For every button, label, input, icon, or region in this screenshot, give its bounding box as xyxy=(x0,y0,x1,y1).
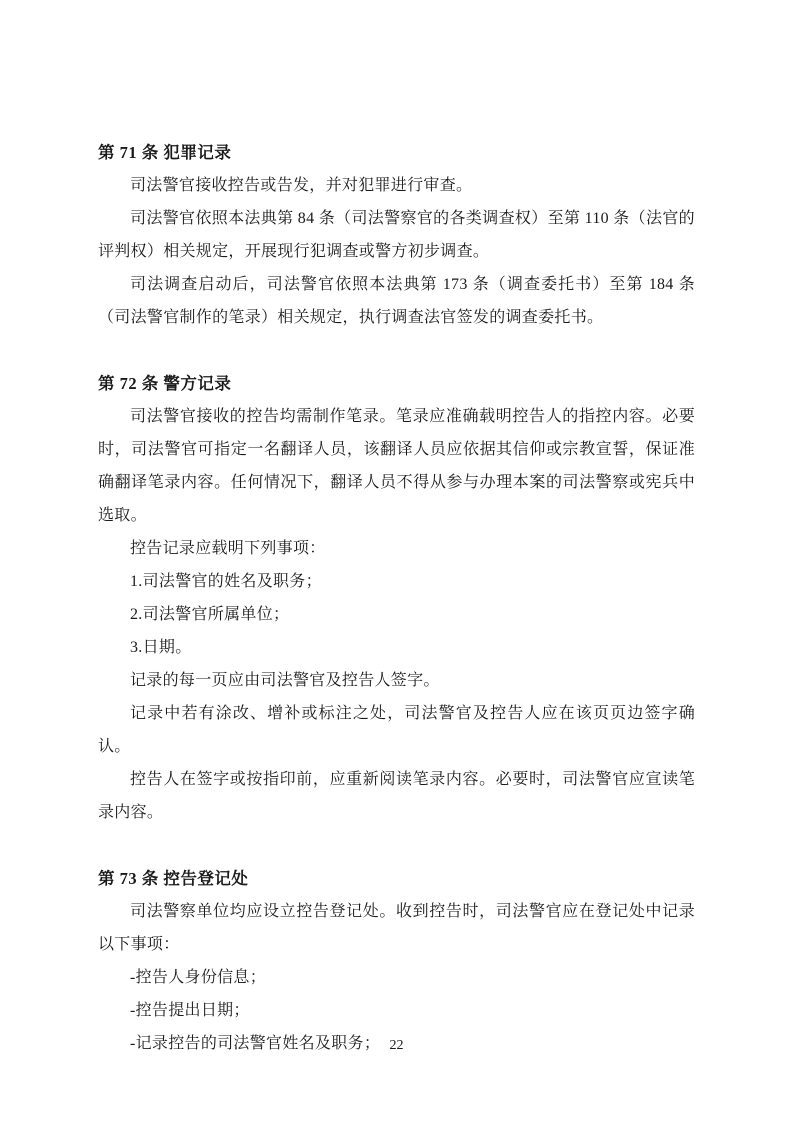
article-71: 第 71 条 犯罪记录 司法警官接收控告或告发，并对犯罪进行审查。 司法警官依照… xyxy=(98,136,695,334)
article-72-paragraph-3: 记录的每一页应由司法警官及控告人签字。 xyxy=(98,664,695,697)
page-number: 22 xyxy=(390,1038,404,1053)
document-page: 第 71 条 犯罪记录 司法警官接收控告或告发，并对犯罪进行审查。 司法警官依照… xyxy=(0,0,793,1122)
article-72-list-item-2: 2.司法警官所属单位； xyxy=(98,598,695,631)
article-72-heading: 第 72 条 警方记录 xyxy=(98,367,695,400)
article-72-paragraph-2: 控告记录应载明下列事项： xyxy=(98,532,695,565)
article-73-paragraph-1: 司法警察单位均应设立控告登记处。收到控告时，司法警官应在登记处中记录以下事项： xyxy=(98,895,695,961)
article-72-paragraph-1: 司法警官接收的控告均需制作笔录。笔录应准确载明控告人的指控内容。必要时，司法警官… xyxy=(98,400,695,532)
article-73-list-item-1: -控告人身份信息； xyxy=(98,961,695,994)
article-72-paragraph-4: 记录中若有涂改、增补或标注之处，司法警官及控告人应在该页页边签字确认。 xyxy=(98,697,695,763)
article-71-heading: 第 71 条 犯罪记录 xyxy=(98,136,695,169)
article-73: 第 73 条 控告登记处 司法警察单位均应设立控告登记处。收到控告时，司法警官应… xyxy=(98,862,695,1060)
article-71-paragraph-3: 司法调查启动后，司法警官依照本法典第 173 条（调查委托书）至第 184 条（… xyxy=(98,268,695,334)
article-71-paragraph-2: 司法警官依照本法典第 84 条（司法警察官的各类调查权）至第 110 条（法官的… xyxy=(98,202,695,268)
document-content: 第 71 条 犯罪记录 司法警官接收控告或告发，并对犯罪进行审查。 司法警官依照… xyxy=(98,136,695,1060)
article-72: 第 72 条 警方记录 司法警官接收的控告均需制作笔录。笔录应准确载明控告人的指… xyxy=(98,367,695,829)
article-73-heading: 第 73 条 控告登记处 xyxy=(98,862,695,895)
article-72-paragraph-5: 控告人在签字或按指印前，应重新阅读笔录内容。必要时，司法警官应宣读笔录内容。 xyxy=(98,763,695,829)
page-footer: 22 xyxy=(98,1036,695,1056)
article-72-list-item-1: 1.司法警官的姓名及职务； xyxy=(98,565,695,598)
article-72-list-item-3: 3.日期。 xyxy=(98,631,695,664)
article-73-list-item-2: -控告提出日期； xyxy=(98,994,695,1027)
article-71-paragraph-1: 司法警官接收控告或告发，并对犯罪进行审查。 xyxy=(98,169,695,202)
